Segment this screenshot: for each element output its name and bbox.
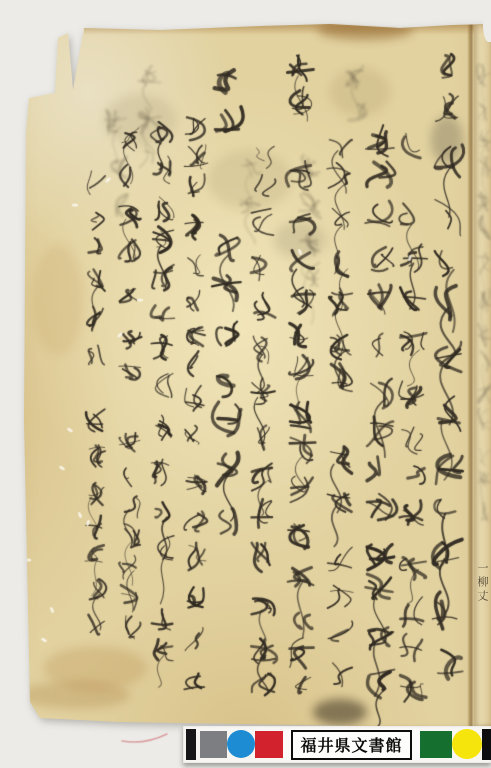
adjacent-page-strip xyxy=(474,24,491,726)
calibration-red-square xyxy=(255,731,283,758)
archive-label-panel: 福井県文書館 xyxy=(283,729,420,760)
archive-label: 福井県文書館 xyxy=(291,730,411,760)
paper-shadow-wrap xyxy=(0,0,491,768)
calibration-blue-circle xyxy=(227,730,255,758)
calibration-yellow-circle xyxy=(452,729,482,759)
fold-crease xyxy=(467,24,474,726)
calibration-black-left-block xyxy=(186,729,196,760)
calibration-gray-square xyxy=(200,731,227,758)
calibration-black-right-block xyxy=(482,729,491,760)
top-right-background-sliver xyxy=(483,0,491,42)
calibration-green-square xyxy=(420,731,452,758)
adjacent-page-marginal-text: 一柳丈 xyxy=(476,562,487,604)
manuscript-page xyxy=(0,0,491,768)
archival-photograph: 一柳丈 福井県文書館 xyxy=(0,0,491,768)
top-edge-browning xyxy=(84,24,491,35)
color-calibration-bar: 福井県文書館 xyxy=(183,726,491,763)
